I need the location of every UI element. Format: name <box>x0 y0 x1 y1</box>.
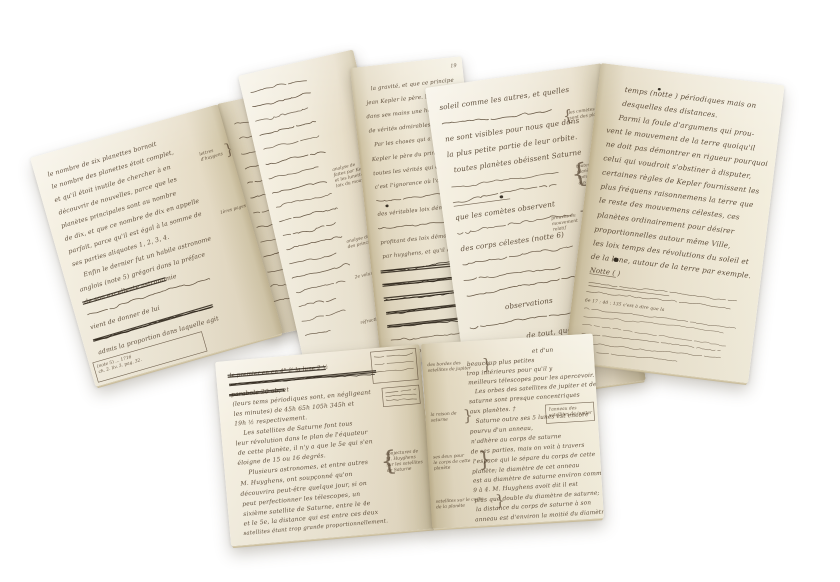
front-page-left-writing: le premier en en 4° 2′ la lune 2 ½parabo… <box>215 344 435 546</box>
note-box-scribble <box>386 393 417 397</box>
margin-note: relatif <box>552 226 567 233</box>
handwriting-line <box>260 121 316 136</box>
page-number: 19 <box>450 63 458 70</box>
ink-blot-icon <box>499 195 503 198</box>
note-box-scribble <box>385 389 416 393</box>
handwriting-line <box>251 78 307 94</box>
handwriting-line <box>302 309 346 322</box>
handwriting-line <box>589 281 737 302</box>
handwritten-fragment: aux planètes. † <box>470 406 516 416</box>
brace-icon: } <box>495 491 506 510</box>
margin-note: 1ères pages <box>220 204 248 216</box>
handwriting-line <box>269 166 319 179</box>
handwritten-fragment: soleil comme les autres, et quelles <box>439 85 570 112</box>
handwriting-line <box>299 297 336 308</box>
handwritten-fragment: 6e 17 : 40 : 135 c'est à dire que la <box>585 298 665 313</box>
front-page-left: le premier en en 4° 2′ la lune 2 ½parabo… <box>215 344 435 546</box>
handwritten-fragment: pourvu d'un anneau, <box>470 426 534 436</box>
margin-note: planète <box>434 466 451 472</box>
back-right-page-right: temps (notte ) périodiques mais ondesque… <box>564 63 784 383</box>
front-page-right: et d'unbeaucoup plus petitestrop intérie… <box>421 333 604 528</box>
manuscripts-photo-stage: le nombre de six planettes bornoitle nom… <box>0 0 840 582</box>
note-box-scribble <box>375 361 414 365</box>
handwritten-fragment: que les comètes observent <box>455 199 556 222</box>
handwritten-fragment: des corps célestes (notte 6) <box>460 230 565 253</box>
brace-icon: { <box>379 445 398 477</box>
handwriting-line <box>272 180 327 195</box>
handwriting-line <box>286 235 342 250</box>
note-box <box>382 385 420 407</box>
handwritten-fragment: observations <box>504 296 553 312</box>
handwriting-line <box>252 92 311 109</box>
handwriting-line <box>464 266 561 282</box>
handwritten-fragment: beaucoup plus petites <box>467 358 535 368</box>
handwriting-line <box>305 329 330 336</box>
handwritten-fragment: vient de donner de lui <box>89 305 160 332</box>
handwriting-line <box>292 263 350 279</box>
handwriting-line <box>296 280 345 293</box>
note-box-scribble <box>386 397 417 401</box>
handwriting-line <box>466 276 575 297</box>
handwriting-line <box>283 223 336 238</box>
ink-blot-icon <box>385 204 388 207</box>
handwritten-fragment: et d'un <box>532 348 554 355</box>
back-right-page-right-writing: temps (notte ) périodiques mais ondesque… <box>564 63 784 383</box>
front-page-right-writing: et d'unbeaucoup plus petitestrop intérie… <box>421 333 604 528</box>
margin-note: saturne <box>431 418 449 424</box>
margin-note: de la planète <box>436 504 465 511</box>
handwritten-fragment: n'adhère au corps de saturne <box>471 433 562 446</box>
handwriting-line <box>276 193 332 208</box>
handwriting-line <box>279 207 337 222</box>
underline-stroke <box>588 286 669 296</box>
handwriting-line <box>290 253 337 266</box>
brace-icon: { <box>562 106 574 125</box>
handwriting-line <box>580 340 720 360</box>
note-box-scribble <box>374 353 413 358</box>
note-box-scribble <box>375 368 414 372</box>
brace-icon: } <box>481 355 492 374</box>
brace-icon: } <box>477 447 492 472</box>
handwriting-line <box>266 150 325 166</box>
margin-note: le corps de cette <box>433 459 471 466</box>
handwriting-line <box>263 135 319 150</box>
brace-icon: } <box>463 406 474 425</box>
handwriting-line <box>255 108 308 123</box>
handwriting-line <box>597 351 677 363</box>
handwriting-line <box>582 324 726 346</box>
